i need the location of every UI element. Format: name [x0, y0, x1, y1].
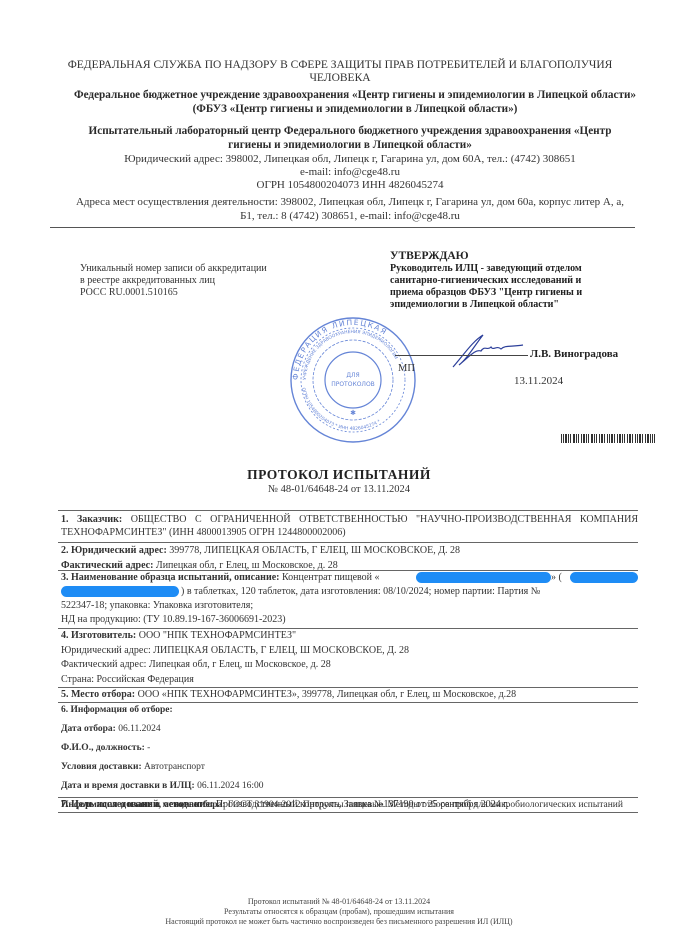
lab-line-2: гигиены и эпидемиологии в Липецкой облас… [60, 138, 640, 152]
approval-line-1: Руководитель ИЛЦ - заведующий отделом [390, 263, 640, 275]
manufacturer-value: ООО "НПК ТЕХНОФАРМСИНТЕЗ" [139, 630, 296, 641]
approval-title: УТВЕРЖДАЮ [390, 250, 640, 262]
institution-name: Федеральное бюджетное учреждение здравоо… [55, 88, 655, 116]
manufacturer-label: 4. Изготовитель: [61, 630, 136, 641]
sampling-place-label: 5. Место отбора: [61, 689, 135, 700]
sampling-date-value: 06.11.2024 [118, 724, 160, 734]
section-divider [58, 702, 638, 703]
accreditation-line-1: Уникальный номер записи об аккредитации [80, 263, 267, 275]
legal-address-label: 2. Юридический адрес: [61, 545, 167, 556]
approval-line-2: санитарно-гигиенических исследований и [390, 275, 640, 287]
redacted-product-name [416, 572, 551, 583]
section-manufacturer: 4. Изготовитель: ООО "НПК ТЕХНОФАРМСИНТЕ… [61, 629, 638, 687]
section-sampling-place: 5. Место отбора: ООО «НПК ТЕХНОФАРМСИНТЕ… [61, 688, 638, 701]
barcode-icon [561, 434, 655, 443]
agency-title: ФЕДЕРАЛЬНАЯ СЛУЖБА ПО НАДЗОРУ В СФЕРЕ ЗА… [50, 59, 630, 85]
sample-text-e: НД на продукцию: (ТУ 10.89.19-167-360066… [61, 613, 638, 627]
accreditation-line-2: в реестре аккредитованных лиц [80, 275, 267, 287]
stamp-mark: МП [398, 363, 415, 374]
delivery-conditions-label: Условия доставки: [61, 762, 142, 772]
section-sampling-info: 6. Информация об отборе: Дата отбора: 06… [61, 704, 638, 811]
svg-text:ПРОТОКОЛОВ: ПРОТОКОЛОВ [331, 381, 375, 388]
section-divider [58, 510, 638, 511]
manufacturer-legal-address: Юридический адрес: ЛИПЕЦКАЯ ОБЛАСТЬ, Г Е… [61, 644, 638, 659]
sample-label: 3. Наименование образца испытаний, описа… [61, 572, 279, 583]
page-footer: Протокол испытаний № 48-01/64648-24 от 1… [0, 897, 678, 927]
approval-line-3: приема образцов ФБУЗ "Центр гигиены и [390, 287, 640, 299]
sample-text-a: Концентрат пищевой « [282, 572, 380, 583]
redacted-product-alias [570, 572, 638, 583]
sampler-value: - [147, 743, 150, 753]
activity-addresses: Адреса мест осуществления деятельности: … [60, 196, 640, 223]
approval-line-4: эпидемиологии в Липецкой области" [390, 299, 640, 311]
approval-position: Руководитель ИЛЦ - заведующий отделом са… [390, 263, 640, 311]
accreditation-number: РОСС RU.0001.510165 [80, 287, 267, 299]
sample-text-c: ) в таблетках, 120 таблеток, дата изгото… [181, 585, 638, 599]
protocol-title: ПРОТОКОЛ ИСПЫТАНИЙ [0, 467, 678, 483]
sampling-place-value: ООО «НПК ТЕХНОФАРМСИНТЕЗ», 399778, Липец… [138, 689, 517, 700]
activity-address-line-1: Адреса мест осуществления деятельности: … [60, 196, 640, 210]
customer-label: 1. Заказчик: [61, 514, 122, 525]
purpose-label: 7. Цель исследований, основание: [61, 799, 213, 810]
section-customer: 1. Заказчик: ОБЩЕСТВО С ОГРАНИЧЕННОЙ ОТВ… [61, 513, 638, 539]
sampler-label: Ф.И.О., должность: [61, 743, 145, 753]
accreditation-block: Уникальный номер записи об аккредитации … [80, 263, 267, 299]
signatory-name: Л.В. Виноградова [530, 348, 618, 360]
approval-date: 13.11.2024 [514, 375, 563, 387]
sample-text-d: 522347-18; упаковка: Упаковка изготовите… [61, 599, 638, 613]
section-purpose: 7. Цель исследований, основание: Произво… [61, 798, 638, 811]
sample-text-b: » ( [551, 571, 562, 585]
svg-text:ДЛЯ: ДЛЯ [346, 372, 359, 379]
redacted-product-alias-cont [61, 586, 179, 597]
footer-line-2: Результаты относятся к образцам (пробам)… [0, 907, 678, 917]
lab-contacts: Юридический адрес: 398002, Липецкая обл,… [60, 153, 640, 192]
legal-address-value: 399778, ЛИПЕЦКАЯ ОБЛАСТЬ, Г ЕЛЕЦ, Ш МОСК… [169, 545, 460, 556]
section-legal-address: 2. Юридический адрес: 399778, ЛИПЕЦКАЯ О… [61, 544, 638, 572]
svg-text:ОГРН 1054800204073 * ИНН 48260: ОГРН 1054800204073 * ИНН 4826045274 * [300, 387, 382, 432]
sampling-date-label: Дата отбора: [61, 724, 116, 734]
section-divider [58, 812, 638, 813]
svg-text:✱: ✱ [350, 409, 356, 417]
lab-line-1: Испытательный лабораторный центр Федерал… [60, 124, 640, 138]
customer-value: ОБЩЕСТВО С ОГРАНИЧЕННОЙ ОТВЕТСТВЕННОСТЬЮ… [61, 514, 638, 538]
lab-name: Испытательный лабораторный центр Федерал… [60, 124, 640, 152]
header-divider [50, 227, 635, 228]
footer-line-3: Настоящий протокол не может быть частичн… [0, 917, 678, 927]
purpose-value: Производственный контроль, Заявка №13719… [216, 799, 509, 810]
manufacturer-actual-address: Фактический адрес: Липецкая обл, г Елец,… [61, 658, 638, 673]
institution-line-1: Федеральное бюджетное учреждение здравоо… [55, 88, 655, 102]
section-divider [58, 542, 638, 543]
lab-email: e-mail: info@cge48.ru [60, 166, 640, 179]
delivery-conditions-value: Автотранспорт [144, 762, 205, 772]
manufacturer-country: Страна: Российская Федерация [61, 673, 638, 688]
delivery-time-value: 06.11.2024 16:00 [197, 781, 263, 791]
activity-address-line-2: Б1, тел.: 8 (4742) 308651, e-mail: info@… [60, 210, 640, 224]
official-stamp-icon: ФЕДЕРАЦИЯ ЛИПЕЦКАЯ УЧРЕЖДЕНИЕ ЗДРАВООХРА… [288, 313, 418, 448]
handwritten-signature-icon [445, 333, 525, 369]
delivery-time-label: Дата и время доставки в ИЛЦ: [61, 781, 195, 791]
legal-address: Юридический адрес: 398002, Липецкая обл,… [60, 153, 640, 166]
protocol-number: № 48-01/64648-24 от 13.11.2024 [0, 484, 678, 495]
section-sample: 3. Наименование образца испытаний, описа… [61, 571, 638, 627]
footer-line-1: Протокол испытаний № 48-01/64648-24 от 1… [0, 897, 678, 907]
signature-line [395, 355, 528, 356]
sampling-info-label: 6. Информация об отборе: [61, 704, 638, 717]
approval-block: УТВЕРЖДАЮ Руководитель ИЛЦ - заведующий … [390, 250, 640, 311]
ogrn-inn: ОГРН 1054800204073 ИНН 4826045274 [60, 179, 640, 192]
institution-line-2: (ФБУЗ «Центр гигиены и эпидемиологии в Л… [55, 102, 655, 116]
